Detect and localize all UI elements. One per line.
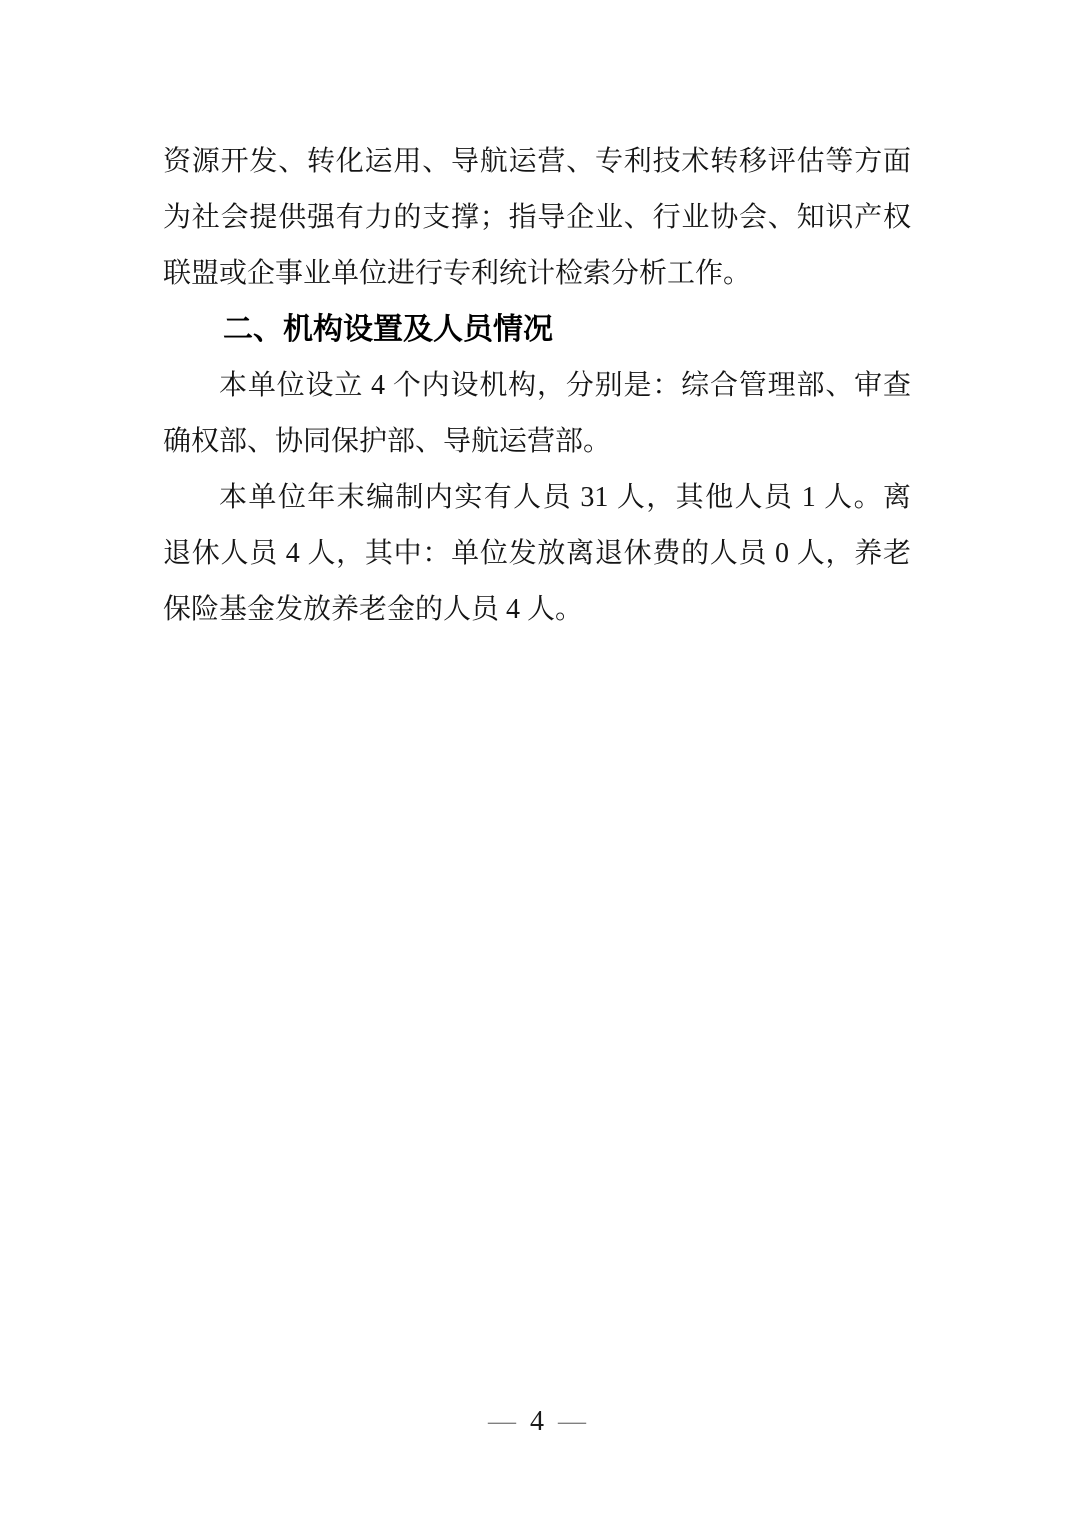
paragraph-line: 为社会提供强有力的支撑；指导企业、行业协会、知识产权 (163, 190, 911, 246)
paragraph-line: 本单位设立 4 个内设机构，分别是：综合管理部、审查 (163, 358, 911, 414)
page-footer: —4— (0, 1398, 1074, 1446)
paragraph-line: 退休人员 4 人，其中：单位发放离退休费的人员 0 人，养老 (163, 526, 911, 582)
section-heading: 二、机构设置及人员情况 (163, 302, 911, 358)
paragraph-line: 确权部、协同保护部、导航运营部。 (163, 414, 911, 470)
text-block: 资源开发、转化运用、导航运营、专利技术转移评估等方面 为社会提供强有力的支撑；指… (163, 134, 911, 638)
footer-dash-left: — (488, 1406, 516, 1437)
document-page: 资源开发、转化运用、导航运营、专利技术转移评估等方面 为社会提供强有力的支撑；指… (0, 0, 1074, 1520)
paragraph-line: 资源开发、转化运用、导航运营、专利技术转移评估等方面 (163, 134, 911, 190)
paragraph-line: 联盟或企事业单位进行专利统计检索分析工作。 (163, 246, 911, 302)
paragraph-line: 本单位年末编制内实有人员 31 人，其他人员 1 人。离 (163, 470, 911, 526)
footer-dash-right: — (558, 1406, 586, 1437)
paragraph-line: 保险基金发放养老金的人员 4 人。 (163, 582, 911, 638)
page-number: 4 (530, 1406, 544, 1437)
